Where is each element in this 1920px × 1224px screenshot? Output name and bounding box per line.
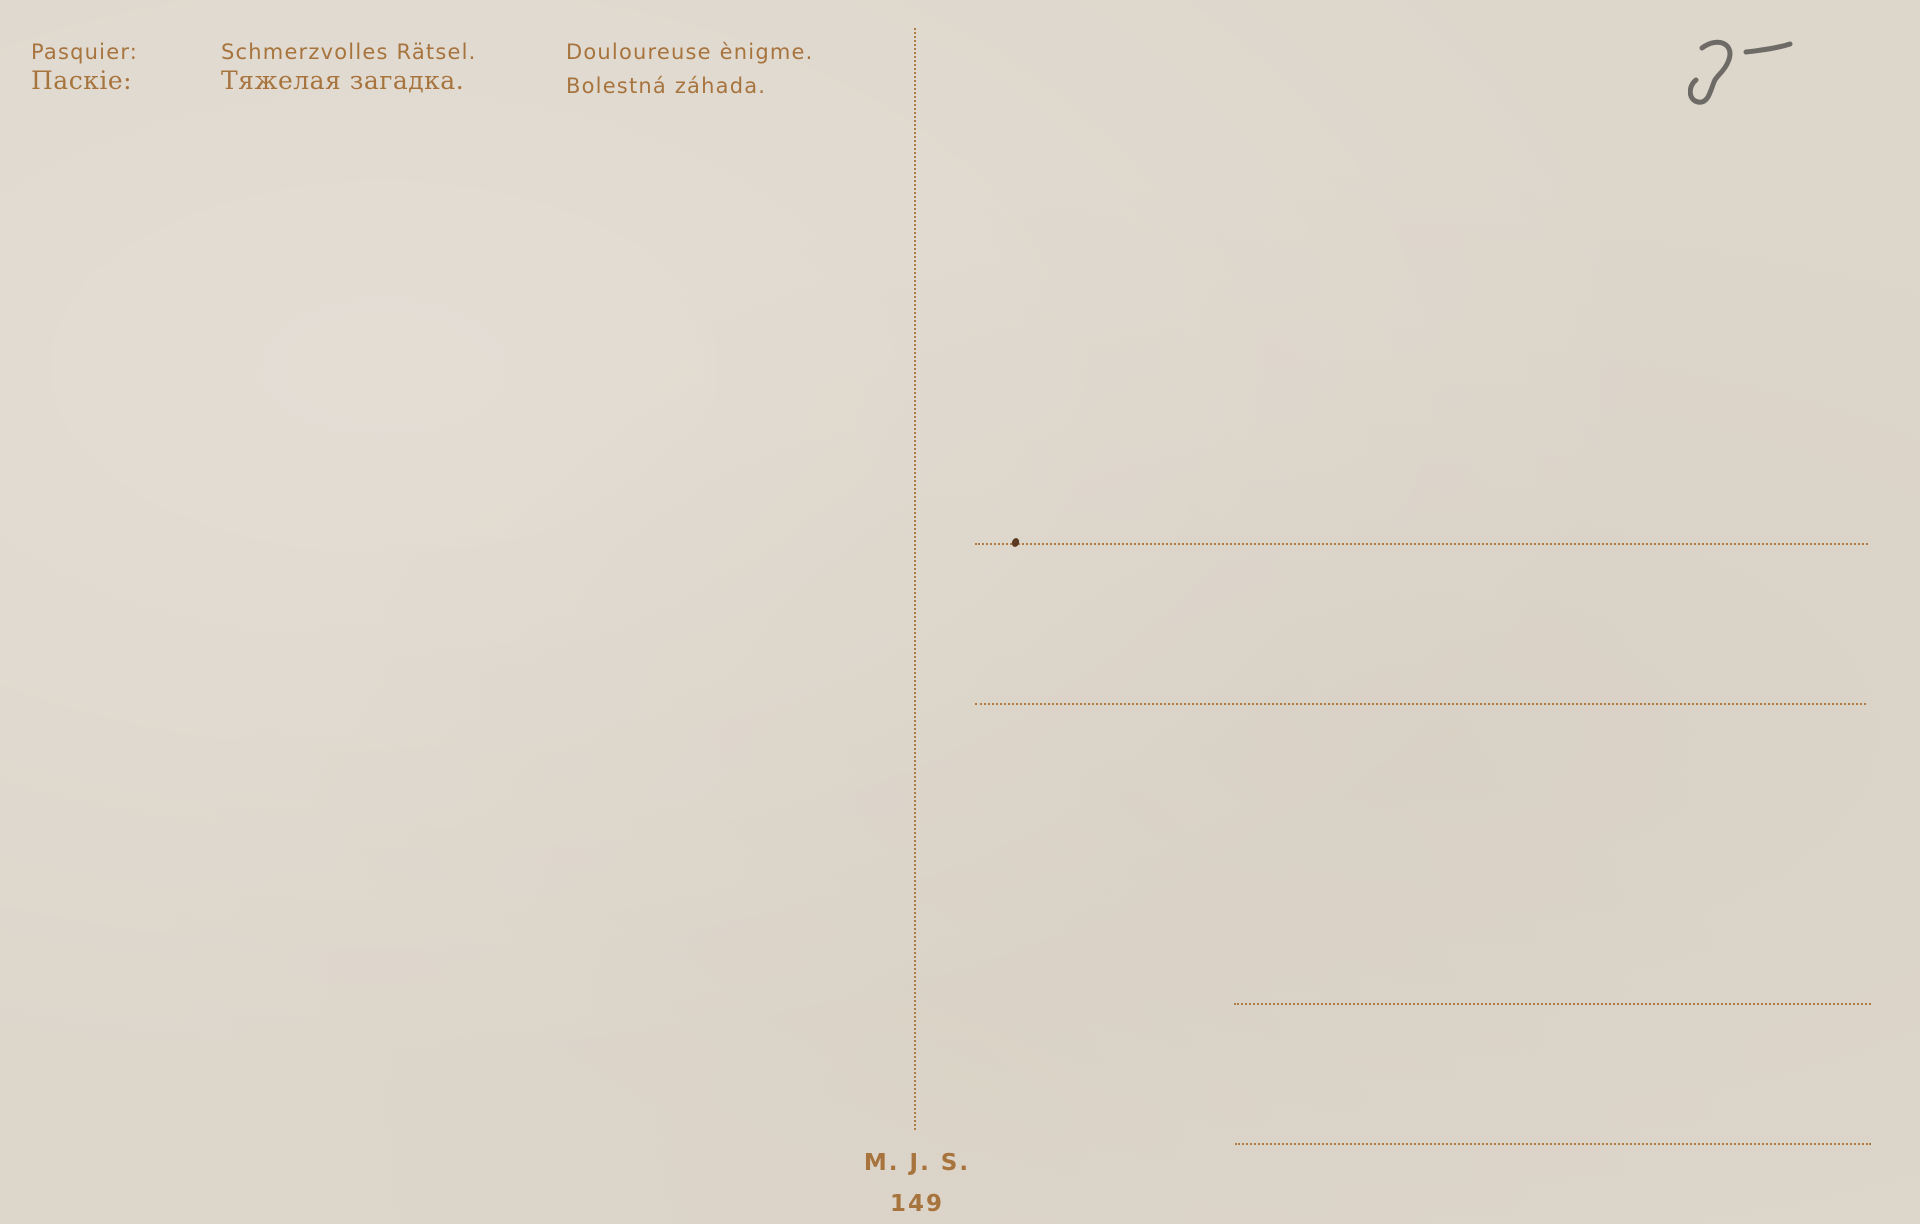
pencil-price-mark [1688,36,1818,116]
publisher-initials: M. J. S. [0,1150,1834,1176]
publisher-number: 149 [0,1191,1834,1217]
address-line-4 [1235,1143,1871,1145]
title-russian: Тяжелая загадка. [221,66,464,95]
title-czech: Bolestná záhada. [566,74,766,98]
title-french: Douloureuse ènigme. [566,40,814,64]
address-line-2 [975,703,1866,705]
address-line-3 [1234,1003,1871,1005]
artist-latin: Pasquier: [31,40,138,64]
ink-blot [1011,537,1021,548]
address-line-1 [975,543,1868,545]
artist-cyrillic: Паскіе: [31,66,132,95]
center-divider [914,28,916,1130]
title-german: Schmerzvolles Rätsel. [221,40,477,64]
